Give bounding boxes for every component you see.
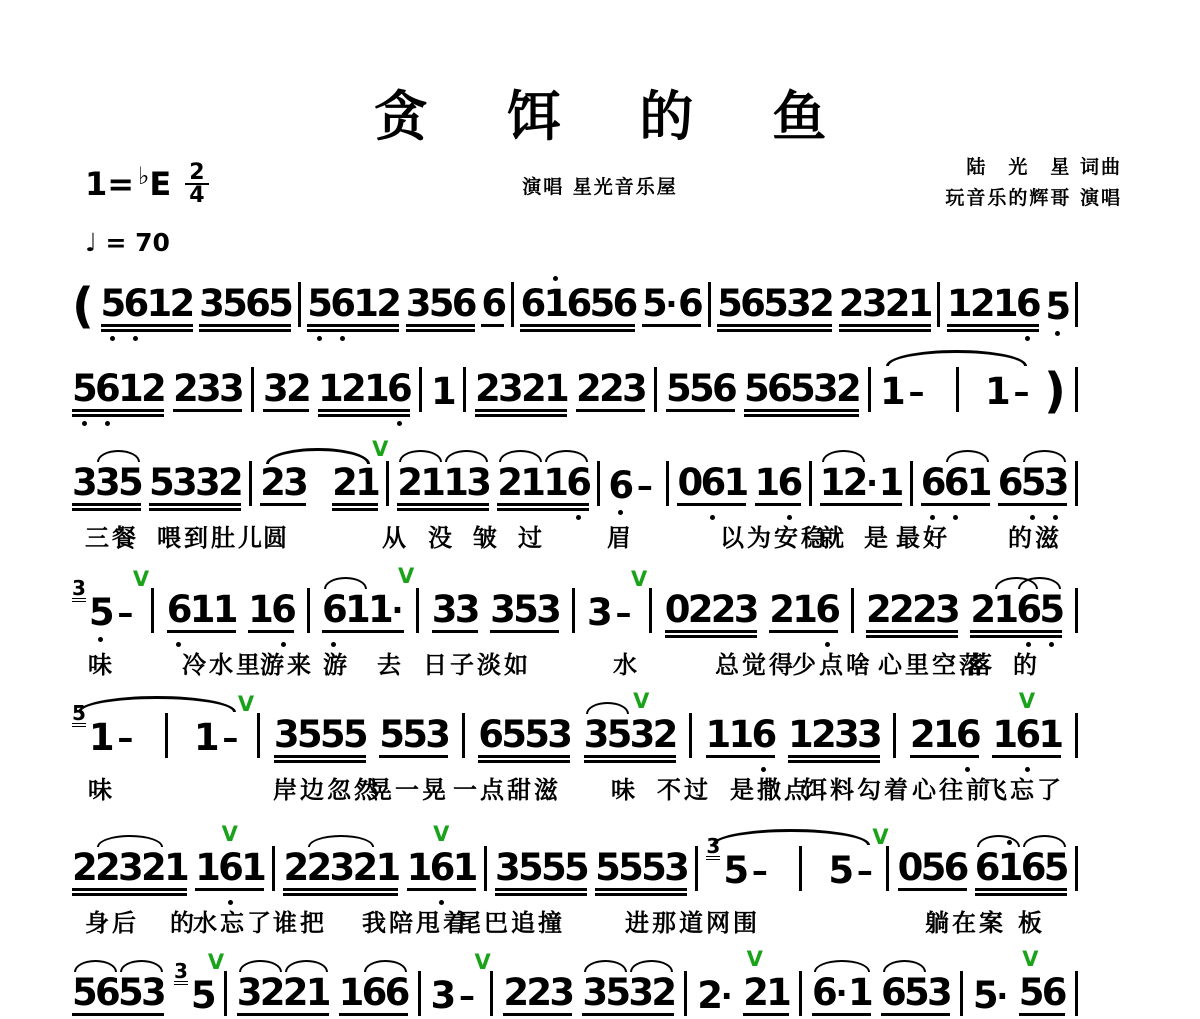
note-char: 6 (815, 592, 838, 628)
lyric-text: 味 (611, 770, 638, 805)
note-chars: 6553 (478, 717, 570, 758)
barline (251, 367, 254, 412)
note-char: 6 (95, 371, 118, 407)
note-chars: 5612 (72, 371, 164, 412)
note-group: 3–V (587, 595, 637, 633)
note-chars: 5612 (101, 286, 193, 327)
note-char: 3 (219, 371, 242, 407)
note-chars: 1216 (318, 371, 410, 412)
note-chars: 556 (666, 371, 735, 412)
note-char: 6 (1016, 592, 1039, 628)
note-char: 2 (912, 592, 935, 628)
note-char: 1 (755, 465, 778, 501)
note-char: 2 (332, 465, 355, 501)
note-char: 2 (283, 850, 306, 886)
note-group: 056 (898, 850, 967, 891)
barline (386, 461, 389, 506)
note-chars: 22321 (283, 850, 398, 891)
breath-mark-icon: V (398, 564, 414, 588)
note-group: 6– (608, 468, 658, 506)
slur-arc (324, 577, 367, 589)
note-char: 2 (141, 850, 164, 886)
note-chars: 3–V (587, 595, 637, 633)
note-char: 5 (717, 286, 740, 322)
note-group: 5–V (828, 853, 878, 891)
slur-arc (97, 450, 140, 462)
barline (1075, 846, 1078, 891)
note-char: 5 (589, 286, 612, 322)
note-char: 6 (921, 465, 944, 501)
lyric-text: 岸边忽然 (273, 770, 381, 805)
note-char: 1 (908, 286, 931, 322)
note-chars: 1 (431, 374, 454, 412)
note-char: 1 (706, 717, 729, 753)
lyric-text: 身后 (85, 903, 139, 938)
note-chars: 1– (985, 374, 1035, 412)
note-char: 2 (260, 465, 283, 501)
note-char: 5 (513, 592, 536, 628)
note-char: 2 (341, 371, 364, 407)
note-char: 3 (329, 850, 352, 886)
note-char: 3 (536, 592, 559, 628)
octave-dot-low (317, 336, 322, 341)
note-chars: 353 (490, 592, 559, 633)
note-char: 6 (1042, 975, 1065, 1011)
note-char: 2 (688, 592, 711, 628)
note-char: 1 (723, 465, 746, 501)
note-group: 5332 (149, 465, 241, 506)
barline (1075, 588, 1078, 633)
octave-dot-low (105, 421, 110, 426)
barline (490, 971, 493, 1016)
note-char: 5 (642, 286, 665, 322)
note-char: 3 (857, 717, 880, 753)
lyric-text: 游来 (260, 645, 314, 680)
note-group: 3532V (584, 717, 676, 758)
note-char: 3 (584, 717, 607, 753)
lyric-text: 总觉得 (715, 645, 796, 680)
lyric-text: 一点甜滋 (453, 770, 561, 805)
lyric-text: 喂到肚儿 (157, 518, 265, 553)
note-chars: 5 (1045, 289, 1068, 327)
note-char: 3 (72, 465, 95, 501)
note-char: 5 (118, 465, 141, 501)
lyric-text: 不过 (657, 770, 711, 805)
note-char: 3 (95, 465, 118, 501)
note-chars: 3555 (274, 717, 366, 758)
note-char: 1 (118, 371, 141, 407)
lyric-text: 水忘了 (193, 903, 274, 938)
note-char: 6 (998, 465, 1021, 501)
note-chars: 1– (89, 720, 139, 758)
note-char: 5 (320, 717, 343, 753)
lyric-text: 皱 (473, 518, 500, 553)
note-char: 6 (812, 975, 835, 1011)
note-char: 5 (1039, 592, 1062, 628)
note-group: 6165 (975, 850, 1067, 891)
note-char: 3 (237, 975, 260, 1011)
song-title: 贪 饵 的 鱼 (0, 74, 1200, 151)
barline (689, 713, 692, 758)
note-group: 5612 (101, 286, 193, 327)
barline (462, 713, 465, 758)
breath-mark-icon: V (1019, 689, 1035, 713)
note-char: 5 (607, 717, 630, 753)
note-chars: 16 (248, 592, 294, 633)
lyric-text: 圆 (263, 518, 290, 553)
note-char: 0 (898, 850, 921, 886)
note-char: – (112, 595, 139, 631)
barline (893, 713, 896, 758)
note-char: 3 (549, 975, 572, 1011)
slur-arc (399, 450, 442, 462)
music-system: (5612356556123566616565·656532232112165 (72, 283, 1078, 327)
note-char: – (610, 595, 637, 631)
breath-mark-icon: V (208, 950, 224, 974)
note-chars: 2223 (866, 592, 958, 633)
note-char: 2 (809, 286, 832, 322)
note-chars: 061 (677, 465, 746, 506)
note-char: 6 (712, 371, 735, 407)
meter-denominator: 4 (185, 183, 208, 206)
octave-dot-low (133, 336, 138, 341)
flat-icon: ♭ (138, 162, 149, 190)
note-char: 5 (191, 978, 214, 1014)
note-group: 1 (431, 374, 454, 412)
note-chars: 553 (379, 717, 448, 758)
barline (419, 367, 422, 412)
barline (851, 588, 854, 633)
note-chars: 6 (481, 286, 504, 327)
lyric-text: 味 (88, 645, 115, 680)
note-char: 1 (339, 975, 362, 1011)
tie-arc-group: 1–1– (880, 367, 1035, 412)
note-char: 2 (743, 975, 766, 1011)
note-group: 3555 (274, 717, 366, 758)
notation-row: 33553322321V211321166–0611612·1661653 (72, 462, 1078, 506)
lyric-text: 饵料勾着 (803, 770, 911, 805)
note-char: 6 (481, 286, 504, 322)
barline (956, 367, 959, 412)
note-char: 5 (429, 286, 452, 322)
music-system: 51–1–V355555365533532V1161233216161V味岸边忽… (72, 714, 1078, 758)
note-chars: 5· (973, 978, 1009, 1016)
lyric-text: 的滋 (1008, 518, 1062, 553)
note-chars: 653 (998, 465, 1067, 506)
grace-note: 5 (72, 704, 86, 727)
note-char: 2 (843, 465, 866, 501)
lyric-text: 飞忘了 (983, 770, 1064, 805)
note-char: 5 (828, 853, 851, 889)
note-char: 3 (498, 371, 521, 407)
lyric-text: 的 (1013, 645, 1040, 680)
note-char: 1 (879, 465, 902, 501)
credit-singer: 玩音乐的辉哥 演唱 (945, 183, 1122, 214)
breath-mark-icon: V (631, 567, 647, 591)
note-char: 3 (283, 465, 306, 501)
note-char: 5 (524, 717, 547, 753)
note-char: 3 (813, 371, 836, 407)
parenthesis: ) (1044, 370, 1066, 412)
note-char: 1 (364, 371, 387, 407)
lyric-text: 水 (613, 645, 640, 680)
note-chars: 33 (432, 592, 478, 633)
lyric-text: 过 (518, 518, 545, 553)
note-chars: 56532 (717, 286, 832, 327)
barline (666, 461, 669, 506)
note-char: 5 (595, 850, 618, 886)
note-char: 5 (689, 371, 712, 407)
note-char: 6 (387, 371, 410, 407)
slur-arc (977, 835, 1020, 847)
note-chars: 5653 (72, 975, 164, 1016)
note-char: 2 (769, 592, 792, 628)
note-group: 611 (167, 592, 236, 633)
note-char: 1 (729, 717, 752, 753)
tie-arc-group: 51–1–V (72, 713, 244, 758)
slur-arc (285, 960, 328, 972)
octave-dot-low (98, 637, 103, 642)
grace-note: 3 (174, 962, 188, 985)
time-signature: 2 4 (185, 162, 208, 206)
note-char: 2 (576, 371, 599, 407)
note-char: 3 (786, 286, 809, 322)
note-chars: 5612 (307, 286, 399, 327)
note-char: 3 (547, 717, 570, 753)
note-char: 6 (956, 717, 979, 753)
note-char: 5 (973, 978, 996, 1014)
note-char: 6 (612, 286, 635, 322)
note-char: 1 (147, 286, 170, 322)
note-char: 2 (306, 850, 329, 886)
note-group: 6553 (478, 717, 570, 758)
note-chars: 56532 (744, 371, 859, 412)
note-group: 32 (263, 371, 309, 412)
lyric-text: 是撒点 (730, 770, 811, 805)
note-char: 1 (213, 592, 236, 628)
note-char: 5 (297, 717, 320, 753)
note-char: 5 (744, 371, 767, 407)
note-char: 6 (678, 286, 701, 322)
note-char: 6 (740, 286, 763, 322)
note-char: 2 (970, 286, 993, 322)
note-group: 2223 (866, 592, 958, 633)
note-char: 5 (790, 371, 813, 407)
note-chars: 56V (1019, 975, 1065, 1016)
note-group: 2116 (497, 465, 589, 506)
note-char: 2 (811, 717, 834, 753)
slur-arc (630, 960, 673, 972)
slur-arc (822, 450, 865, 462)
barline (418, 971, 421, 1016)
slur-arc (239, 960, 282, 972)
barline (597, 461, 600, 506)
note-group: 22321 (72, 850, 187, 891)
note-char: 2 (260, 975, 283, 1011)
note-char: 1 (248, 592, 271, 628)
note-char: 3 (432, 592, 455, 628)
note-char: 5 (72, 371, 95, 407)
note-char: 3 (431, 978, 454, 1014)
note-chars: 6165 (975, 850, 1067, 891)
note-group: 161V (992, 717, 1061, 758)
note-char: 5 (564, 850, 587, 886)
slur-arc (1023, 450, 1066, 462)
note-chars: 335 (72, 465, 141, 506)
note-group: 5653 (72, 975, 164, 1016)
notation-row: (5612356556123566616565·656532232112165 (72, 283, 1078, 327)
note-chars: 356 (406, 286, 475, 327)
note-char: 2 (653, 717, 676, 753)
octave-dot-low (1055, 331, 1060, 336)
note-char: 2 (170, 286, 193, 322)
note-char: 1 (880, 374, 903, 410)
note-group: 16 (248, 592, 294, 633)
note-char: 1 (345, 592, 368, 628)
note-char: – (746, 853, 773, 889)
lyric-text: 谁把 (273, 903, 327, 938)
note-char: 5 (1045, 289, 1068, 325)
note-chars: 5553 (595, 850, 687, 891)
note-chars: 161V (992, 717, 1061, 758)
note-group: 611·V (322, 592, 404, 633)
note-char: 3 (734, 592, 757, 628)
barline (249, 461, 252, 506)
note-char: 2 (910, 717, 933, 753)
note-group: 653 (881, 975, 950, 1016)
note-char: 5 (343, 717, 366, 753)
note-chars: 653 (881, 975, 950, 1016)
note-char: 6 (478, 717, 501, 753)
note-char: 1 (848, 975, 871, 1011)
barline (484, 846, 487, 891)
note-char: 6 (975, 850, 998, 886)
note-char: 1 (543, 465, 566, 501)
parenthesis: ( (72, 285, 94, 327)
breath-mark-icon: V (222, 822, 238, 846)
note-chars: 161V (407, 850, 476, 891)
note-group: 335 (72, 465, 141, 506)
note-char: 6 (778, 465, 801, 501)
breath-mark-icon: V (372, 437, 388, 461)
tie-arc-group: 2321V (260, 465, 378, 506)
note-char: 6 (520, 286, 543, 322)
note-char: 3 (495, 850, 518, 886)
lyric-text: 板 (1018, 903, 1045, 938)
note-char: 2 (866, 592, 889, 628)
note-char: 2 (95, 850, 118, 886)
notation-row: 561223332121612321223556565321–1–) (72, 368, 1078, 412)
note-char: 6 (608, 468, 631, 504)
note-char: 6 (430, 850, 453, 886)
note-group: 2113 (397, 465, 489, 506)
note-char: 2 (836, 371, 859, 407)
barline (511, 282, 514, 327)
note-chars: 116 (706, 717, 775, 758)
note-char: 6 (1016, 286, 1039, 322)
lyric-text: 少点啥 (792, 645, 873, 680)
note-char: – (851, 853, 878, 889)
slur-arc (499, 450, 542, 462)
note-chars: 12·1 (820, 465, 902, 506)
note-chars: 2321 (475, 371, 567, 412)
barline (960, 971, 963, 1016)
note-group: 56532 (744, 371, 859, 412)
note-chars: 2321 (839, 286, 931, 327)
tempo-marking: ♩ = 70 (85, 228, 170, 257)
note-group: 3221 (237, 975, 329, 1016)
note-char: 3 (199, 286, 222, 322)
tempo-value: = 70 (106, 228, 170, 257)
note-chars: 233 (173, 371, 242, 412)
note-char: 6 (124, 286, 147, 322)
note-char: 0 (665, 592, 688, 628)
note-char: · (720, 978, 733, 1014)
note-char: 6 (700, 465, 723, 501)
lyric-text: 眉 (607, 518, 634, 553)
slur-arc (308, 835, 374, 847)
note-chars: 22321 (72, 850, 187, 891)
grace-note: 3 (72, 579, 86, 602)
slur-arc (946, 450, 989, 462)
barline (809, 461, 812, 506)
note-chars: 6– (608, 468, 658, 506)
barline (1075, 461, 1078, 506)
note-char: · (665, 286, 678, 322)
octave-dot-low (82, 421, 87, 426)
note-group: 6 (481, 286, 504, 327)
barline (151, 588, 154, 633)
note-char: 1 (544, 371, 567, 407)
note-chars: 5–V (89, 595, 139, 633)
note-char: 3 (935, 592, 958, 628)
note-group: 23 (260, 465, 306, 506)
slur-arc (814, 960, 870, 972)
note-chars: 6·1 (812, 975, 871, 1016)
lyric-text: 心往前 (912, 770, 993, 805)
note-char: 3 (630, 717, 653, 753)
note-group: 3565 (199, 286, 291, 327)
lyric-text: 没 (428, 518, 455, 553)
note-chars: 611 (167, 592, 236, 633)
note-char: 3 (622, 371, 645, 407)
slur-arc (445, 450, 488, 462)
note-char: 6 (566, 465, 589, 501)
lyric-text: 冷水里 (182, 645, 263, 680)
note-group: 353 (490, 592, 559, 633)
note-char: 3 (587, 595, 610, 631)
note-char: 5 (89, 595, 112, 631)
note-chars: 3532V (584, 717, 676, 758)
note-char: 5 (307, 286, 330, 322)
music-system: 565335V32211663–V22335322·21V6·16535·56V (72, 972, 1078, 1016)
note-char: 6 (218, 850, 241, 886)
note-chars: 2165 (970, 592, 1062, 633)
note-char: 5 (641, 850, 664, 886)
breath-mark-icon: V (238, 692, 254, 716)
note-char: 3 (118, 850, 141, 886)
note-chars: 0223 (665, 592, 757, 633)
note-char: 2 (839, 286, 862, 322)
note-char: 6 (1015, 717, 1038, 753)
note-char: 5 (222, 286, 245, 322)
barline (886, 846, 889, 891)
note-char: 2 (283, 975, 306, 1011)
lyric-text: 晃一晃 (368, 770, 449, 805)
note-char: 0 (677, 465, 700, 501)
note-group: 35– (706, 853, 773, 891)
key-prefix: 1= (85, 165, 134, 203)
